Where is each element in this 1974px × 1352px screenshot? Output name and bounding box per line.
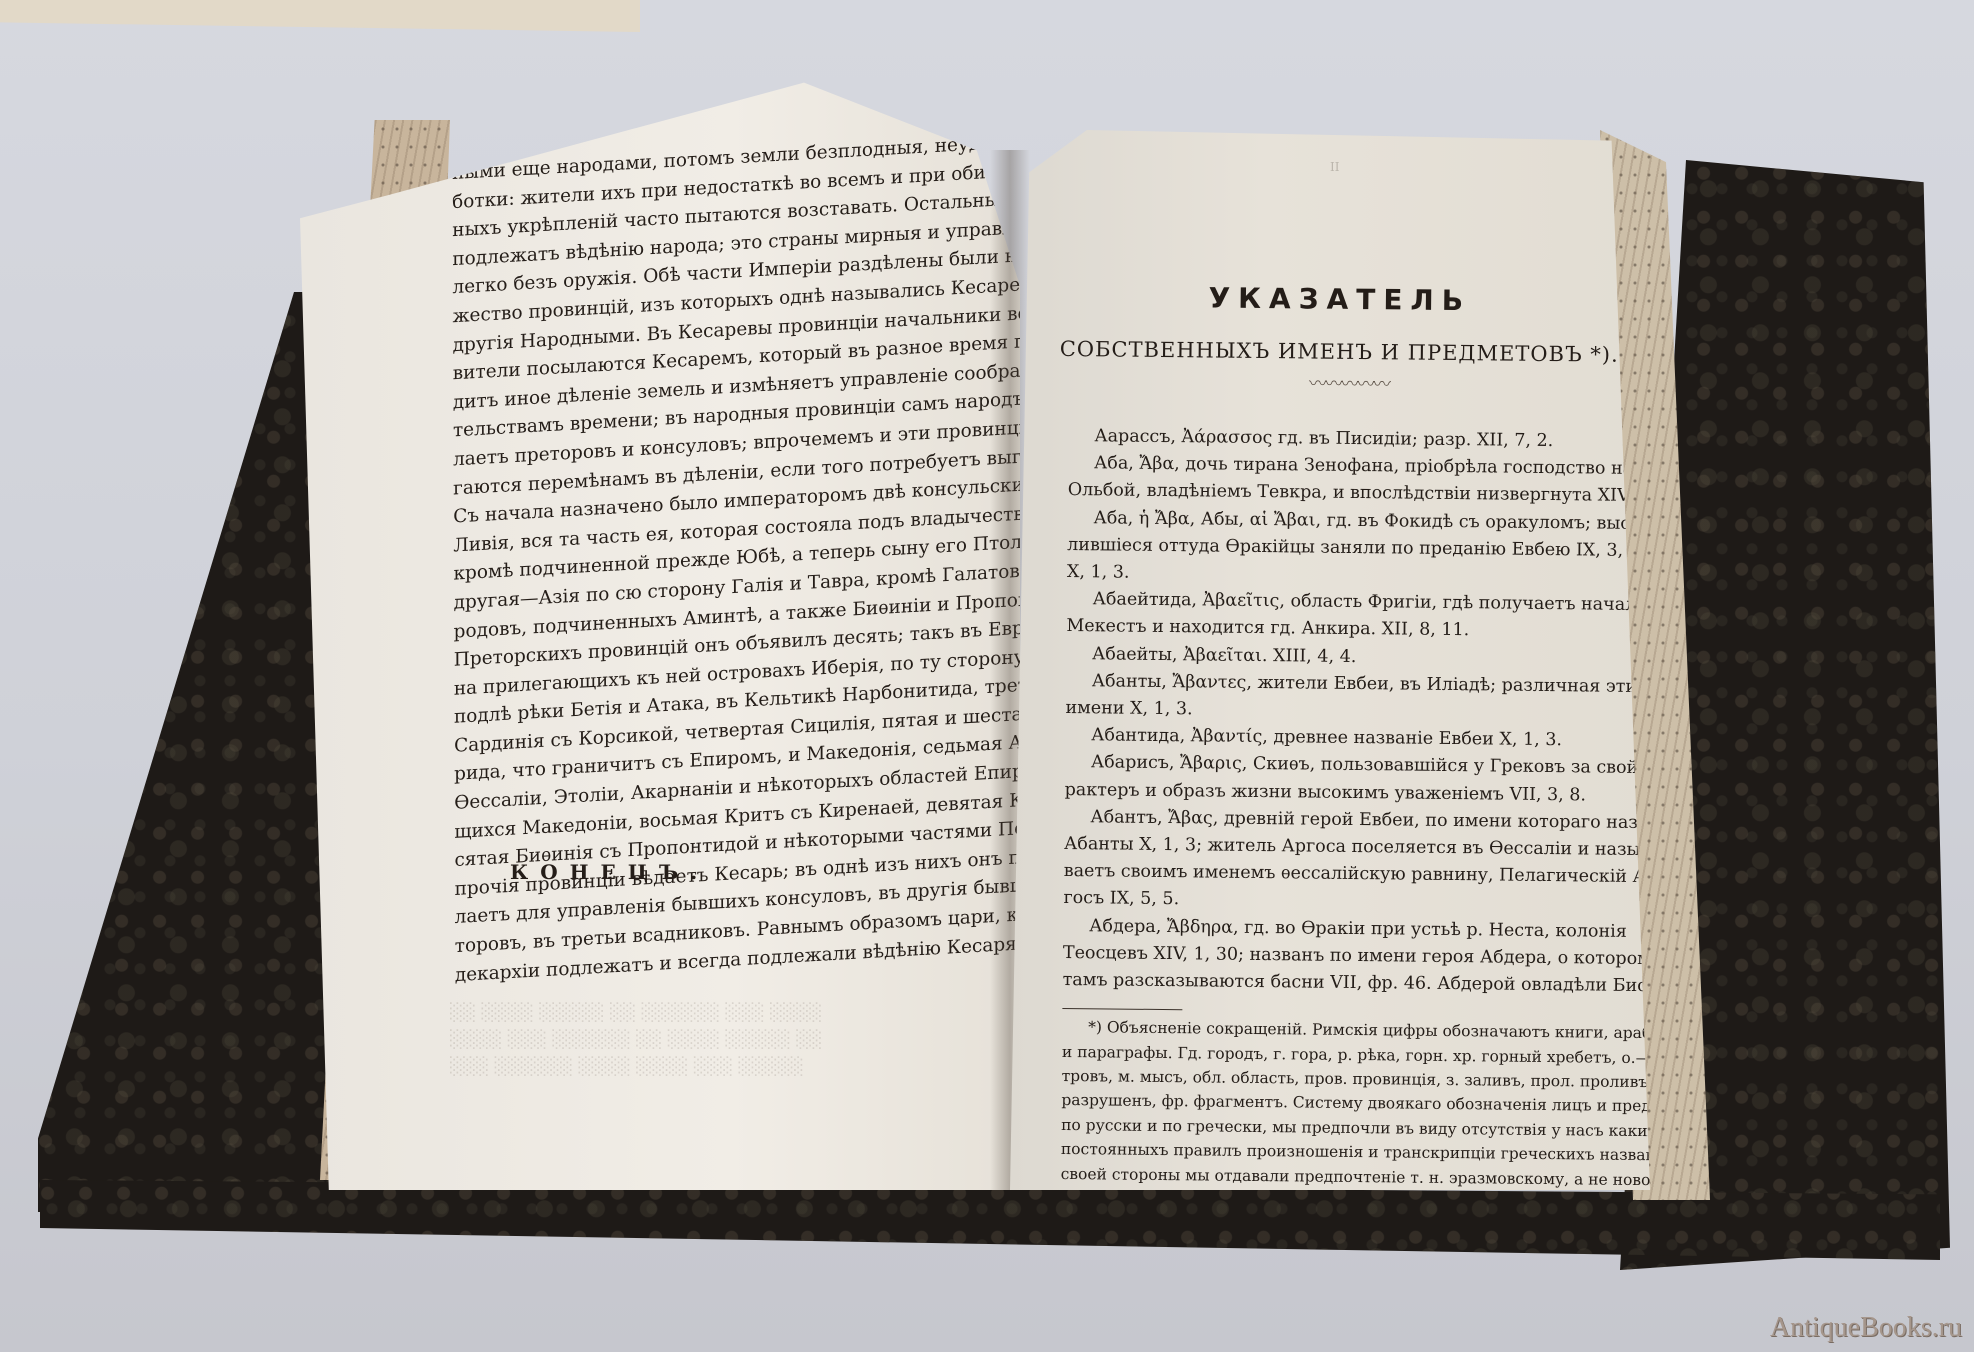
index-entry-line: тамъ разсказываются басни VII, фр. 46. А…: [1063, 967, 1623, 1000]
index-subtitle: СОБСТВЕННЫХЪ ИМЕНЪ И ПРЕДМЕТОВЪ *).: [1049, 337, 1629, 367]
index-entry-line: лившіеся оттуда Ѳракійцы заняли по преда…: [1067, 532, 1627, 565]
bleed-through-text: ░░ ░░░░ ░░░░░ ░░ ░░░░░░ ░░░ ░░░░░░░░ ░░░…: [450, 1000, 822, 1081]
footnote: *) Объясненіе сокращеній. Римскія цифры …: [1060, 1015, 1622, 1216]
the-end-mark: КОНЕЦЪ.: [510, 860, 709, 884]
running-head: II: [1330, 160, 1339, 174]
watermark: AntiqueBooks.ru: [1770, 1312, 1962, 1344]
page-edges-bottom: [0, 0, 640, 32]
left-page-number: 836: [860, 82, 902, 106]
left-page: 836 ными еще народами, потомъ земли безп…: [300, 60, 1020, 1190]
footnote-rule: [1062, 1008, 1182, 1010]
photo-scene: 836 ными еще народами, потомъ земли безп…: [0, 0, 1974, 1352]
ornament-divider: 〰〰〰〰〰: [1069, 367, 1629, 399]
index-content: УКАЗАТЕЛЬ СОБСТВЕННЫХЪ ИМЕНЪ И ПРЕДМЕТОВ…: [1060, 280, 1630, 1242]
right-page: II УКАЗАТЕЛЬ СОБСТВЕННЫХЪ ИМЕНЪ И ПРЕДМЕ…: [1010, 130, 1650, 1190]
index-entries: Аарассъ, Ἀάρασσος гд. въ Писидіи; разр. …: [1063, 423, 1629, 1000]
index-title: УКАЗАТЕЛЬ: [1050, 280, 1630, 319]
